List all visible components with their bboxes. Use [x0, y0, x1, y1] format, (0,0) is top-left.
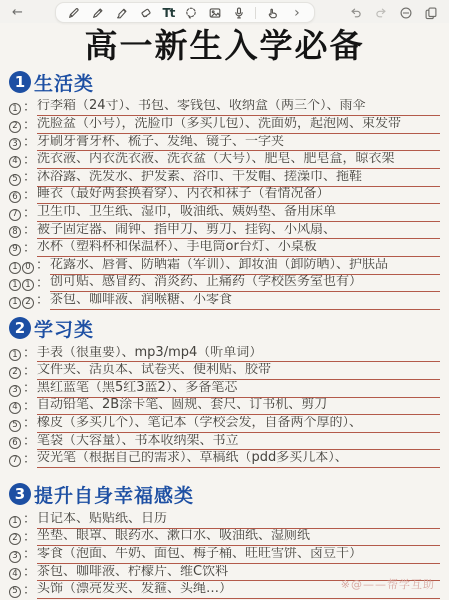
- item-number: 7: [9, 209, 22, 222]
- item-number: 9: [9, 244, 22, 257]
- list-item: 1：手表（很重要）、mp3/mp4（听单词）: [9, 345, 440, 363]
- list-item: 9：水杯（塑料杯和保温杯）、手电筒or台灯、小桌板: [9, 239, 440, 257]
- item-text: 被子固定器、闹钟、指甲刀、剪刀、挂钩、小风扇、: [37, 223, 440, 240]
- circled-digit: 7: [9, 455, 21, 467]
- item-number: 1: [9, 349, 22, 362]
- item-text: 荧光笔（根据自己的需求）、草稿纸（pdd多买几本）、: [37, 451, 440, 468]
- list-item: 7：荧光笔（根据自己的需求）、草稿纸（pdd多买几本）、: [9, 450, 440, 468]
- hand-gesture-icon[interactable]: [265, 5, 280, 20]
- section-number-badge: 3: [9, 483, 31, 505]
- circled-digit: 1: [22, 279, 34, 291]
- circled-digit: 1: [9, 297, 21, 309]
- list-item: 2：坐垫、眼罩、眼药水、漱口水、吸油纸、湿厕纸: [9, 529, 440, 547]
- item-colon: ：: [23, 417, 37, 432]
- section-items: 1：手表（很重要）、mp3/mp4（听单词）2：文件夹、活页本、试卷夹、便利贴、…: [9, 345, 440, 468]
- item-number: 1: [9, 516, 22, 529]
- top-toolbar: ← Tt›: [0, 0, 449, 23]
- circled-digit: 5: [9, 174, 21, 186]
- item-colon: ：: [23, 207, 37, 222]
- list-item: 6：睡衣（最好两套换着穿）、内衣和袜子（看情况备）: [9, 187, 440, 205]
- section-number-badge: 2: [9, 317, 31, 339]
- tool-pill: Tt›: [55, 2, 315, 23]
- item-colon: ：: [23, 224, 37, 239]
- circled-digit: 1: [9, 349, 21, 361]
- toolbar-divider: [255, 7, 256, 19]
- item-colon: ：: [23, 566, 37, 581]
- item-colon: ：: [36, 259, 50, 274]
- item-number: 5: [9, 586, 22, 599]
- item-colon: ：: [23, 400, 37, 415]
- section-number-badge: 1: [9, 71, 31, 93]
- circled-digit: 2: [9, 533, 21, 545]
- item-colon: ：: [23, 382, 37, 397]
- item-text: 洗衣液、内衣洗衣液、洗衣盆（大号）、肥皂、肥皂盒，晾衣架: [37, 152, 440, 169]
- list-item: 6：笔袋（大容量）、书本收纳架、书立: [9, 433, 440, 451]
- item-text: 花露水、唇膏、防晒霜（军训）、卸妆油（卸防晒）、护肤品: [50, 258, 440, 275]
- circled-digit: 2: [9, 367, 21, 379]
- item-text: 坐垫、眼罩、眼药水、漱口水、吸油纸、湿厕纸: [37, 529, 440, 546]
- list-item: 3：牙刷牙膏牙杯、梳子、发绳、镜子、一字夹: [9, 134, 440, 152]
- item-text: 黑红蓝笔（黑5红3蓝2）、多备笔芯: [37, 381, 440, 398]
- list-item: 3：零食（泡面、牛奶、面包、梅子桶、旺旺雪饼、卤豆干）: [9, 546, 440, 564]
- item-text: 茶包、咖啡液、润喉糖、小零食: [50, 293, 440, 310]
- item-text: 创可贴、感冒药、消炎药、止痛药（学校医务室也有）: [50, 275, 440, 292]
- item-text: 橡皮（多买几个）、笔记本（学校会发，自备两个厚的）、: [37, 416, 440, 433]
- item-number: 3: [9, 551, 22, 564]
- item-number: 5: [9, 174, 22, 187]
- list-item: 11：创可贴、感冒药、消炎药、止痛药（学校医务室也有）: [9, 275, 440, 293]
- item-colon: ：: [23, 171, 37, 186]
- circled-digit: 4: [9, 568, 21, 580]
- list-item: 4：自动铅笔、2B涂卡笔、圆规、套尺、订书机、剪刀: [9, 398, 440, 416]
- microphone-icon[interactable]: [231, 5, 246, 20]
- page-title: 高一新生入学必备: [9, 29, 440, 64]
- circled-digit: 2: [22, 297, 34, 309]
- pencil-icon[interactable]: [66, 5, 81, 20]
- section-header-2: 2学习类: [9, 315, 440, 342]
- item-colon: ：: [23, 347, 37, 362]
- item-number: 4: [9, 402, 22, 415]
- item-number: 12: [9, 297, 35, 310]
- circled-digit: 3: [9, 551, 21, 563]
- circled-digit: 7: [9, 209, 21, 221]
- section-title: 提升自身幸福感类: [34, 481, 194, 508]
- circled-digit: 1: [9, 516, 21, 528]
- circled-digit: 6: [9, 191, 21, 203]
- section-title: 生活类: [34, 69, 94, 96]
- item-text: 文件夹、活页本、试卷夹、便利贴、胶带: [37, 363, 440, 380]
- circled-digit: 9: [9, 244, 21, 256]
- list-item: 5：橡皮（多买几个）、笔记本（学校会发，自备两个厚的）、: [9, 415, 440, 433]
- list-item: 2：洗脸盆（小号），洗脸巾（多买几包）、洗面奶，起泡网、束发带: [9, 116, 440, 134]
- item-number: 10: [9, 262, 35, 275]
- item-colon: ：: [23, 242, 37, 257]
- list-item: 1：日记本、贴贴纸、日历: [9, 511, 440, 529]
- back-icon[interactable]: ←: [12, 6, 23, 19]
- section-header-3: 3提升自身幸福感类: [9, 481, 440, 508]
- circled-digit: 3: [9, 138, 21, 150]
- list-item: 5：沐浴露、洗发水、护发素、浴巾、干发帽、搓澡巾、拖鞋: [9, 169, 440, 187]
- item-text: 日记本、贴贴纸、日历: [37, 512, 440, 529]
- item-number: 2: [9, 367, 22, 380]
- item-colon: ：: [23, 531, 37, 546]
- lasso-icon[interactable]: [183, 5, 198, 20]
- list-item: 2：文件夹、活页本、试卷夹、便利贴、胶带: [9, 362, 440, 380]
- redo-icon[interactable]: [373, 5, 389, 21]
- circled-digit: 4: [9, 156, 21, 168]
- circled-digit: 8: [9, 226, 21, 238]
- item-text: 手表（很重要）、mp3/mp4（听单词）: [37, 346, 440, 363]
- image-icon[interactable]: [207, 5, 222, 20]
- circled-digit: 1: [9, 103, 21, 115]
- highlighter-icon[interactable]: [114, 5, 129, 20]
- item-text: 行李箱（24寸）、书包、零钱包、收纳盒（两三个）、雨伞: [37, 99, 440, 116]
- pen-icon[interactable]: [90, 5, 105, 20]
- undo-icon[interactable]: [348, 5, 364, 21]
- watermark: ※@——帮学互助: [341, 576, 435, 592]
- item-colon: ：: [23, 136, 37, 151]
- item-colon: ：: [23, 189, 37, 204]
- item-colon: ：: [23, 453, 37, 468]
- item-colon: ：: [23, 101, 37, 116]
- circled-digit: 1: [9, 262, 21, 274]
- list-item: 1：行李箱（24寸）、书包、零钱包、收纳盒（两三个）、雨伞: [9, 99, 440, 117]
- circled-digit: 6: [9, 437, 21, 449]
- action-group: [348, 5, 439, 21]
- list-item: 3：黑红蓝笔（黑5红3蓝2）、多备笔芯: [9, 380, 440, 398]
- text-tool-icon[interactable]: Tt: [162, 5, 174, 20]
- item-number: 3: [9, 138, 22, 151]
- item-text: 水杯（塑料杯和保温杯）、手电筒or台灯、小桌板: [37, 240, 440, 257]
- item-text: 卫生巾、卫生纸、湿巾，吸油纸、姨妈垫、备用床单: [37, 205, 440, 222]
- note-canvas[interactable]: 高一新生入学必备 1生活类1：行李箱（24寸）、书包、零钱包、收纳盒（两三个）、…: [0, 23, 449, 599]
- section-items: 1：行李箱（24寸）、书包、零钱包、收纳盒（两三个）、雨伞2：洗脸盆（小号），洗…: [9, 99, 440, 310]
- item-text: 牙刷牙膏牙杯、梳子、发绳、镜子、一字夹: [37, 135, 440, 152]
- item-text: 笔袋（大容量）、书本收纳架、书立: [37, 434, 440, 451]
- item-number: 4: [9, 156, 22, 169]
- item-text: 沐浴露、洗发水、护发素、浴巾、干发帽、搓澡巾、拖鞋: [37, 170, 440, 187]
- item-colon: ：: [36, 294, 50, 309]
- item-number: 7: [9, 455, 22, 468]
- section-title: 学习类: [34, 315, 94, 342]
- item-number: 6: [9, 437, 22, 450]
- circled-digit: 1: [9, 279, 21, 291]
- item-colon: ：: [36, 277, 50, 292]
- eraser-icon[interactable]: [138, 5, 153, 20]
- list-item: 12：茶包、咖啡液、润喉糖、小零食: [9, 292, 440, 310]
- item-number: 2: [9, 121, 22, 134]
- item-text: 自动铅笔、2B涂卡笔、圆规、套尺、订书机、剪刀: [37, 398, 440, 415]
- item-colon: ：: [23, 513, 37, 528]
- circled-digit: 5: [9, 586, 21, 598]
- item-number: 8: [9, 226, 22, 239]
- circled-digit: 3: [9, 385, 21, 397]
- more-options-icon[interactable]: [398, 5, 414, 21]
- circled-digit: 4: [9, 402, 21, 414]
- pages-icon[interactable]: [423, 5, 439, 21]
- list-item: 8：被子固定器、闹钟、指甲刀、剪刀、挂钩、小风扇、: [9, 222, 440, 240]
- item-text: 洗脸盆（小号），洗脸巾（多买几包）、洗面奶，起泡网、束发带: [37, 117, 440, 134]
- item-colon: ：: [23, 365, 37, 380]
- section-header-1: 1生活类: [9, 69, 440, 96]
- item-colon: ：: [23, 584, 37, 599]
- item-colon: ：: [23, 154, 37, 169]
- list-item: 10：花露水、唇膏、防晒霜（军训）、卸妆油（卸防晒）、护肤品: [9, 257, 440, 275]
- item-number: 4: [9, 568, 22, 581]
- list-item: 7：卫生巾、卫生纸、湿巾，吸油纸、姨妈垫、备用床单: [9, 204, 440, 222]
- item-number: 11: [9, 279, 35, 292]
- circled-digit: 5: [9, 420, 21, 432]
- item-number: 6: [9, 191, 22, 204]
- item-colon: ：: [23, 548, 37, 563]
- item-text: 零食（泡面、牛奶、面包、梅子桶、旺旺雪饼、卤豆干）: [37, 547, 440, 564]
- item-colon: ：: [23, 119, 37, 134]
- more-tools-icon[interactable]: ›: [289, 5, 304, 20]
- circled-digit: 2: [9, 121, 21, 133]
- list-item: 4：洗衣液、内衣洗衣液、洗衣盆（大号）、肥皂、肥皂盒，晾衣架: [9, 151, 440, 169]
- item-number: 3: [9, 385, 22, 398]
- item-number: 1: [9, 103, 22, 116]
- item-colon: ：: [23, 435, 37, 450]
- item-number: 2: [9, 533, 22, 546]
- item-text: 睡衣（最好两套换着穿）、内衣和袜子（看情况备）: [37, 187, 440, 204]
- circled-digit: 0: [22, 262, 34, 274]
- item-number: 5: [9, 420, 22, 433]
